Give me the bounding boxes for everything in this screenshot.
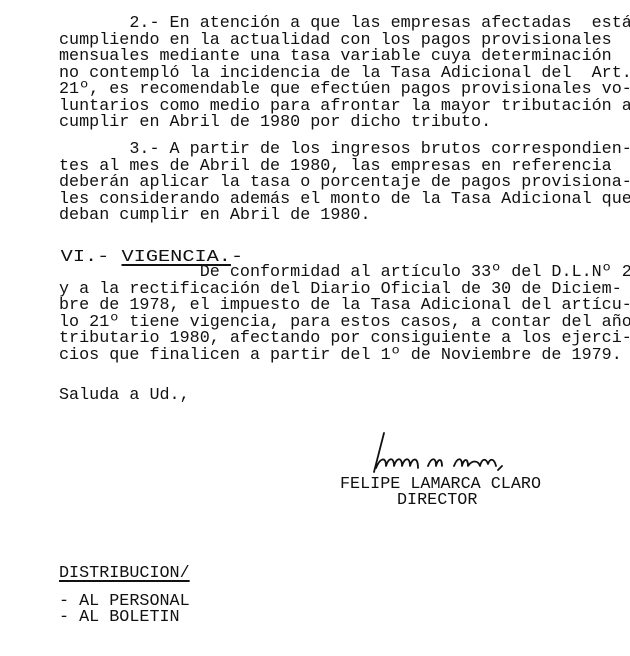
signatory-title: DIRECTOR — [397, 492, 477, 508]
text-line: cumplir en Abril de 1980 por dicho tribu… — [59, 114, 491, 130]
distribution-heading: DISTRIBUCION/ — [59, 565, 190, 581]
text-line: deban cumplir en Abril de 1980. — [59, 207, 371, 223]
text-line: cios que finalicen a partir del 1º de No… — [59, 347, 622, 363]
closing-salutation: Saluda a Ud., — [59, 387, 190, 403]
handwritten-signature — [368, 430, 538, 480]
distribution-item: - AL BOLETIN — [59, 609, 180, 625]
